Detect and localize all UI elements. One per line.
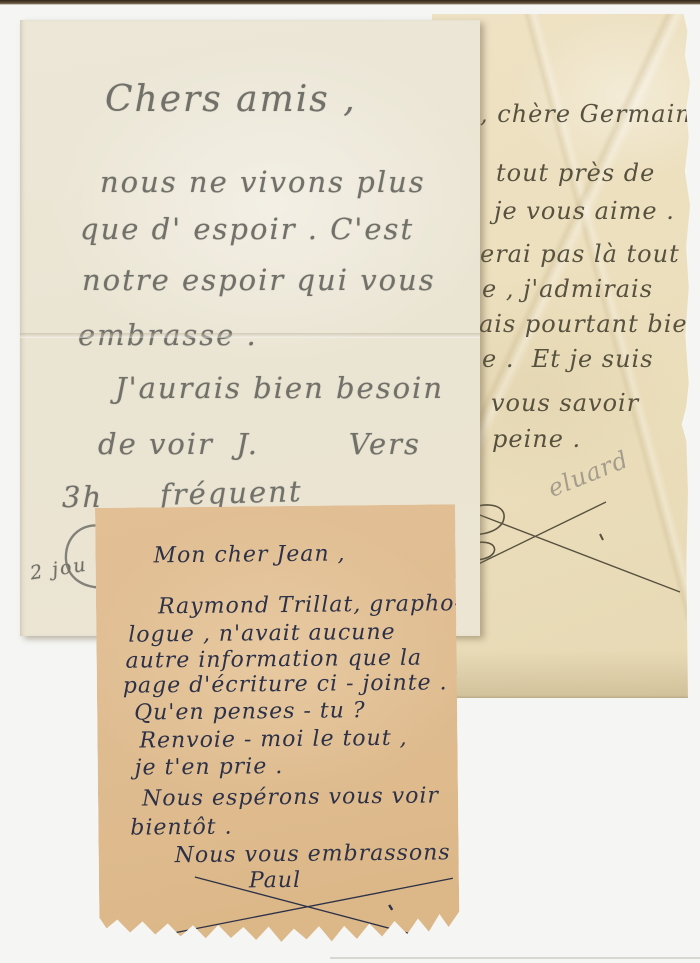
- note-line-7: Renvoie - moi le tout ,: [139, 728, 407, 753]
- right-letter-line-3: je vous aime .: [494, 199, 675, 223]
- right-letter-line-4: erai pas là tout: [480, 242, 680, 266]
- left-letter-line-8-fragment: 3h: [62, 483, 103, 512]
- scanned-letters-scene: , chère Germaine , tout près de je vous …: [0, 0, 700, 963]
- right-letter-line-2: tout près de: [496, 161, 655, 185]
- tan-note-paper: Mon cher Jean , Raymond Trillat, grapho-…: [95, 504, 460, 946]
- right-letter-line-8: vous savoir: [491, 391, 639, 415]
- scanner-edge-bottom: [330, 957, 700, 959]
- left-letter-line-7: de voir J. Vers: [98, 430, 421, 459]
- right-letter-line-1: , chère Germaine ,: [480, 102, 700, 126]
- left-letter-line-6: J'aurais bien besoin: [115, 374, 444, 403]
- note-line-1: Mon cher Jean ,: [153, 543, 345, 567]
- crossed-out-signature: [450, 476, 690, 601]
- left-letter-line-3: que d' espoir . C'est: [80, 215, 414, 244]
- note-line-8: je t'en prie .: [135, 756, 284, 780]
- right-letter-line-9: peine .: [492, 427, 581, 451]
- right-letter-line-7: e . Et je suis: [482, 347, 654, 371]
- left-letter-line-2: nous ne vivons plus: [100, 168, 426, 197]
- note-line-5: page d'écriture ci - jointe .: [123, 672, 448, 697]
- note-line-3: logue , n'avait aucune: [128, 622, 395, 647]
- note-line-4: autre information que la: [125, 648, 422, 673]
- left-letter-line-1: Chers amis ,: [105, 82, 357, 118]
- right-letter-line-5: e , j'admirais: [482, 277, 653, 301]
- note-line-2: Raymond Trillat, grapho-: [158, 593, 463, 618]
- note-line-6: Qu'en penses - tu ?: [134, 700, 366, 724]
- right-letter-line-6: ais pourtant bien: [479, 312, 700, 336]
- signature-flourish: [151, 862, 467, 960]
- left-letter-line-8-fragment-2: fréquent: [160, 477, 303, 510]
- left-letter-line-5: embrasse .: [78, 321, 258, 350]
- note-line-10: bientôt .: [130, 817, 232, 840]
- scanner-edge-top: [0, 0, 700, 5]
- left-letter-line-4: notre espoir qui vous: [82, 266, 436, 295]
- note-line-9: Nous espérons vous voir: [142, 785, 439, 810]
